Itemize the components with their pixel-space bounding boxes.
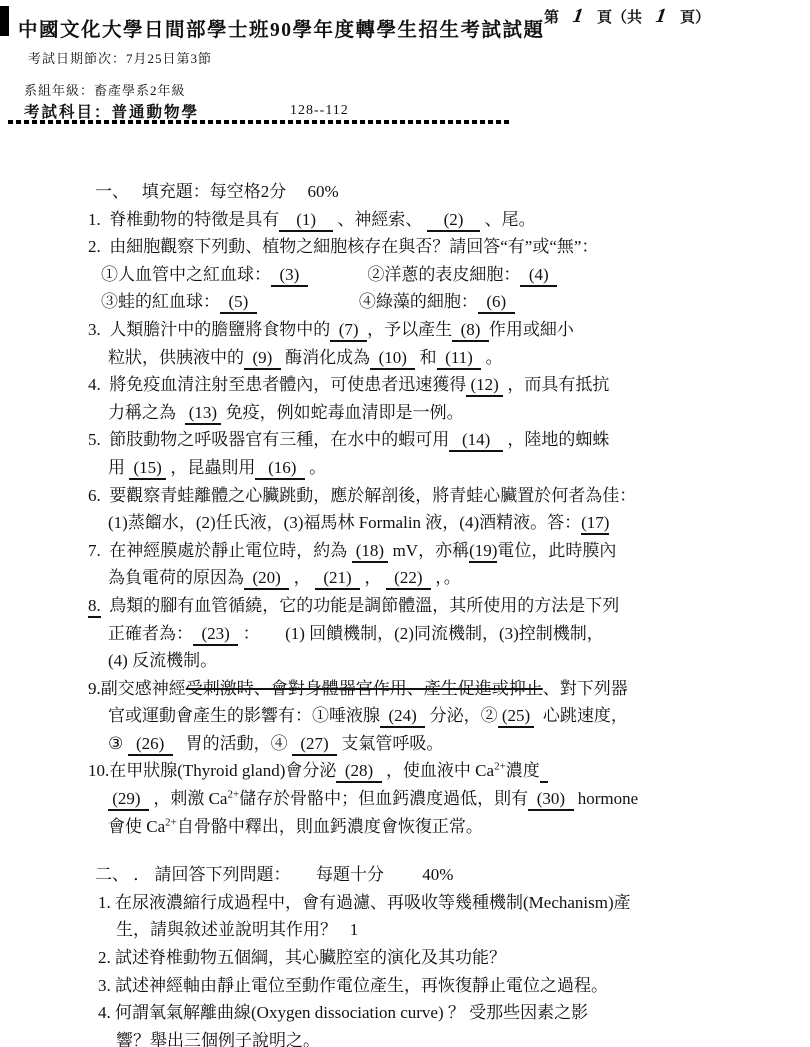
page-middle: 頁（共: [597, 10, 642, 26]
exam-line: 用 (15) ，昆蟲則用 (16) 。: [108, 454, 788, 482]
answer-blank: (2): [427, 209, 481, 232]
exam-body: 一、 填充題：每空格2分 60%1. 脊椎動物的特徵是具有 (1) 、神經索、 …: [88, 178, 788, 1047]
exam-line: 7. 在神經膜處於靜止電位時，約為 (18) mV，亦稱(19)電位，此時膜內: [88, 537, 788, 565]
text-run: 為負電荷的原因為: [108, 568, 244, 587]
text-run: 、尾。: [480, 210, 535, 229]
text-run: 。: [481, 348, 502, 367]
text-run: ，而具有抵抗: [503, 375, 609, 394]
text-run: 自骨骼中釋出，則血鈣濃度會恢復正常。: [177, 817, 483, 836]
exam-line: 2. 由細胞觀察下列動、植物之細胞核存在與否？請回答“有”或“無”：: [88, 233, 788, 261]
exam-line: 9.副交感神經受刺激時、會對身體器官作用、產生促進或抑止、對下列器: [88, 675, 788, 703]
exam-line: 1. 脊椎動物的特徵是具有 (1) 、神經索、 (2) 、尾。: [88, 206, 788, 234]
answer-blank: (23): [193, 623, 238, 646]
text-run: ②洋蔥的表皮細胞：: [308, 265, 521, 284]
text-run: ，: [289, 568, 315, 587]
text-run: 作用或細小: [489, 320, 574, 339]
text-run: 濃度: [506, 761, 540, 780]
struck-text: 受刺激時、會對身體器官作用、產生促進或抑止: [186, 679, 543, 698]
answer-blank: (21): [315, 567, 360, 590]
exam-code: 128--112: [290, 103, 349, 119]
exam-line: 生，請與敘述並說明其作用？ 1: [116, 916, 788, 944]
scan-artifact-mark: [0, 6, 9, 36]
answer-blank: (4): [520, 264, 557, 287]
text-run: 官或運動會產生的影響有：①唾液腺: [108, 706, 380, 725]
section-heading: 一、 填充題：每空格2分 60%: [95, 178, 788, 206]
exam-line: 8. 鳥類的腳有血管循繞，它的功能是調節體溫，其所使用的方法是下列: [88, 592, 788, 620]
answer-blank: (20): [244, 567, 289, 590]
text-run: 、神經索、: [333, 210, 427, 229]
text-run: 用: [108, 458, 129, 477]
exam-line: 官或運動會產生的影響有：①唾液腺 (24) 分泌，② (25) 心跳速度，: [108, 702, 788, 730]
answer-blank: (25): [498, 705, 535, 728]
exam-line: (4) 反流機制。: [108, 647, 788, 675]
text-run: ，予以產生: [367, 320, 452, 339]
exam-line: 4. 將免疫血清注射至患者體內，可使患者迅速獲得 (12) ，而具有抵抗: [88, 371, 788, 399]
exam-section: 一、 填充題：每空格2分 60%1. 脊椎動物的特徵是具有 (1) 、神經索、 …: [88, 178, 788, 840]
exam-line: 10.在甲狀腺(Thyroid gland)會分泌 (28) ，使血液中 Ca2…: [88, 757, 788, 785]
exam-page: { "header": { "title": "中國文化大學日間部學士班90學年…: [0, 0, 810, 1047]
text-run: 2. 由細胞觀察下列動、植物之細胞核存在與否？請回答“有”或“無”：: [88, 237, 598, 256]
answer-blank: (29): [108, 788, 149, 811]
exam-line: 響？舉出三個例子說明之。: [116, 1027, 788, 1047]
exam-line: 6. 要觀察青蛙離體之心臟跳動，應於解剖後，將青蛙心臟置於何者為佳：: [88, 482, 788, 510]
subject-line: 考試科目：普通動物學: [24, 100, 199, 122]
text-run: 和: [415, 348, 436, 367]
text-run: (1)蒸餾水，(2)任氏液，(3)福馬林 Formalin 液，(4)酒精液。答…: [108, 513, 581, 532]
text-run: 會使 Ca: [108, 817, 165, 836]
answer-blank: (19): [469, 540, 497, 563]
answer-blank: [540, 760, 549, 783]
text-run: ④綠藻的細胞：: [257, 292, 478, 311]
text-run: ③蛙的紅血球：: [101, 292, 220, 311]
text-run: 酶消化成為: [281, 348, 370, 367]
text-run: 3. 試述神經軸由靜止電位至動作電位產生，再恢復靜止電位之過程。: [98, 976, 608, 995]
exam-line: 會使 Ca2+自骨骼中釋出，則血鈣濃度會恢復正常。: [108, 813, 788, 841]
text-run: 、對下列器: [543, 679, 628, 698]
exam-line: 粒狀，供胰液中的 (9) 酶消化成為 (10) 和 (11) 。: [108, 344, 788, 372]
handwritten-total-pages: 1: [639, 6, 683, 26]
text-run: 10.在甲狀腺(Thyroid gland)會分泌: [88, 761, 336, 780]
answer-blank: (9): [244, 347, 281, 370]
text-run: ，使血液中 Ca: [382, 761, 494, 780]
text-run: 2. 試述脊椎動物五個綱，其心臟腔室的演化及其功能？: [98, 948, 506, 967]
text-run: 胃的活動，④: [173, 734, 292, 753]
answer-blank: 8.: [88, 595, 101, 618]
exam-line: 3. 人類膽汁中的膽鹽將食物中的 (7) ，予以產生 (8) 作用或細小: [88, 316, 788, 344]
answer-blank: (7): [330, 319, 367, 342]
text-run: (4) 反流機制。: [108, 651, 217, 670]
exam-line: ③蛙的紅血球： (5) ④綠藻的細胞： (6): [101, 288, 788, 316]
answer-blank: (3): [271, 264, 308, 287]
answer-blank: (14): [449, 429, 503, 452]
text-run: ①人血管中之紅血球：: [101, 265, 271, 284]
text-run: 粒狀，供胰液中的: [108, 348, 244, 367]
text-run: ，刺激 Ca: [149, 789, 227, 808]
exam-line: 3. 試述神經軸由靜止電位至動作電位產生，再恢復靜止電位之過程。: [98, 972, 788, 1000]
answer-blank: (12): [466, 374, 503, 397]
answer-blank: (27): [292, 733, 337, 756]
text-run: 支氣管呼吸。: [337, 734, 443, 753]
text-run: ： (1) 回饋機制，(2)同流機制，(3)控制機制，: [238, 624, 603, 643]
dashed-separator: [8, 120, 510, 124]
exam-line: 4. 何謂氧氣解離曲線(Oxygen dissociation curve) ？…: [98, 999, 788, 1027]
text-run: 儲存於骨骼中；但血鈣濃度過低，則有: [239, 789, 528, 808]
text-run: 9.副交感神經: [88, 679, 186, 698]
answer-blank: (18): [352, 540, 389, 563]
page-number-label: 第1頁（共1頁）: [544, 6, 710, 27]
answer-blank: (6): [478, 291, 515, 314]
text-run: 1. 在尿液濃縮行成過程中，會有過濾、再吸收等幾種機制(Mechanism)產: [98, 893, 631, 912]
exam-line: ③ (26) 胃的活動，④ (27) 支氣管呼吸。: [108, 730, 788, 758]
department-line: 系組年級：畜產學系2年級: [24, 80, 186, 99]
text-run: ，陸地的蜘蛛: [503, 430, 609, 449]
text-run: ，昆蟲則用: [166, 458, 255, 477]
text-run: 6. 要觀察青蛙離體之心臟跳動，應於解剖後，將青蛙心臟置於何者為佳：: [88, 486, 636, 505]
answer-blank: (10): [370, 347, 415, 370]
exam-line: 5. 節肢動物之呼吸器官有三種，在水中的蝦可用 (14) ，陸地的蜘蛛: [88, 426, 788, 454]
superscript: 2+: [227, 788, 239, 800]
text-run: 4. 將免疫血清注射至患者體內，可使患者迅速獲得: [88, 375, 466, 394]
page-suffix: 頁）: [680, 10, 710, 26]
exam-line: 正確者為： (23) ： (1) 回饋機制，(2)同流機制，(3)控制機制，: [108, 620, 788, 648]
text-run: 1. 脊椎動物的特徵是具有: [88, 210, 279, 229]
text-run: 力稱之為: [108, 403, 185, 422]
exam-line: 力稱之為 (13) 免疫，例如蛇毒血清即是一例。: [108, 399, 788, 427]
exam-line: (29) ，刺激 Ca2+儲存於骨骼中；但血鈣濃度過低，則有 (30) horm…: [108, 785, 788, 813]
answer-blank: (22): [386, 567, 431, 590]
answer-blank: (26): [128, 733, 173, 756]
answer-blank: (1): [279, 209, 333, 232]
text-run: ，。: [431, 568, 461, 587]
superscript: 2+: [165, 816, 177, 828]
answer-blank: (13): [185, 402, 222, 425]
text-run: 正確者為：: [108, 624, 193, 643]
answer-blank: (16): [255, 457, 305, 480]
text-run: 響？舉出三個例子說明之。: [116, 1031, 320, 1047]
answer-blank: (28): [336, 760, 381, 783]
text-run: ③: [108, 734, 128, 753]
text-run: 生，請與敘述並說明其作用？ 1: [116, 920, 358, 939]
text-run: ，: [360, 568, 386, 587]
text-run: 4. 何謂氧氣解離曲線(Oxygen dissociation curve) ？…: [98, 1003, 588, 1022]
handwritten-page-number: 1: [556, 6, 600, 26]
answer-blank: (11): [437, 347, 482, 370]
answer-blank: (17): [581, 512, 609, 535]
text-run: 電位，此時膜內: [497, 541, 616, 560]
text-run: 心跳速度，: [534, 706, 628, 725]
text-run: mV，亦稱: [388, 541, 469, 560]
answer-blank: (8): [452, 319, 489, 342]
superscript: 2+: [494, 761, 506, 773]
exam-title: 中國文化大學日間部學士班90學年度轉學生招生考試試題: [18, 14, 545, 42]
exam-section: 二、 ． 請回答下列問題： 每題十分 40%1. 在尿液濃縮行成過程中，會有過濾…: [88, 861, 788, 1047]
text-run: hormone: [574, 789, 639, 808]
text-run: 。: [305, 458, 326, 477]
exam-line: 1. 在尿液濃縮行成過程中，會有過濾、再吸收等幾種機制(Mechanism)產: [98, 889, 788, 917]
answer-blank: (30): [528, 788, 573, 811]
exam-date-line: 考試日期節次：7月25日第3節: [28, 48, 212, 67]
text-run: 7. 在神經膜處於靜止電位時，約為: [88, 541, 352, 560]
text-run: 3. 人類膽汁中的膽鹽將食物中的: [88, 320, 330, 339]
answer-blank: (5): [220, 291, 257, 314]
exam-line: (1)蒸餾水，(2)任氏液，(3)福馬林 Formalin 液，(4)酒精液。答…: [108, 509, 788, 537]
exam-line: 2. 試述脊椎動物五個綱，其心臟腔室的演化及其功能？: [98, 944, 788, 972]
section-heading: 二、 ． 請回答下列問題： 每題十分 40%: [95, 861, 788, 889]
exam-line: 為負電荷的原因為 (20) ， (21) ， (22) ，。: [108, 564, 788, 592]
text-run: 鳥類的腳有血管循繞，它的功能是調節體溫，其所使用的方法是下列: [101, 596, 620, 615]
text-run: 5. 節肢動物之呼吸器官有三種，在水中的蝦可用: [88, 430, 449, 449]
exam-line: ①人血管中之紅血球： (3) ②洋蔥的表皮細胞： (4): [101, 261, 788, 289]
answer-blank: (24): [380, 705, 425, 728]
text-run: 分泌，②: [425, 706, 497, 725]
text-run: 免疫，例如蛇毒血清即是一例。: [221, 403, 463, 422]
answer-blank: (15): [129, 457, 166, 480]
